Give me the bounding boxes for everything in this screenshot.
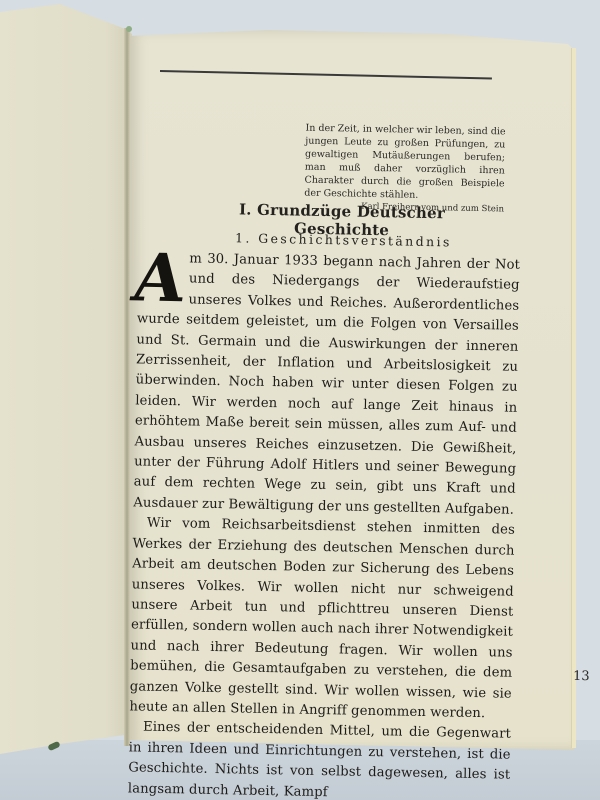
spine-cloth-top <box>126 26 132 32</box>
page-content: In der Zeit, in welcher wir leben, sind … <box>118 0 518 8</box>
page-edge <box>571 48 576 748</box>
drop-cap: A <box>129 248 190 307</box>
body-text: Am 30. Januar 1933 begann nach Jahren de… <box>128 248 521 800</box>
paragraph-3: Eines der entscheidenden Mittel, um die … <box>128 718 511 800</box>
left-page <box>0 4 132 754</box>
page-number: 13 <box>573 669 590 684</box>
motto-text: In der Zeit, in welcher wir leben, sind … <box>304 123 505 201</box>
paragraph-1: Am 30. Januar 1933 begann nach Jahren de… <box>133 248 520 521</box>
book-gutter <box>124 28 130 746</box>
paragraph-2: Wir vom Reichsarbeitsdienst stehen inmit… <box>129 514 515 725</box>
